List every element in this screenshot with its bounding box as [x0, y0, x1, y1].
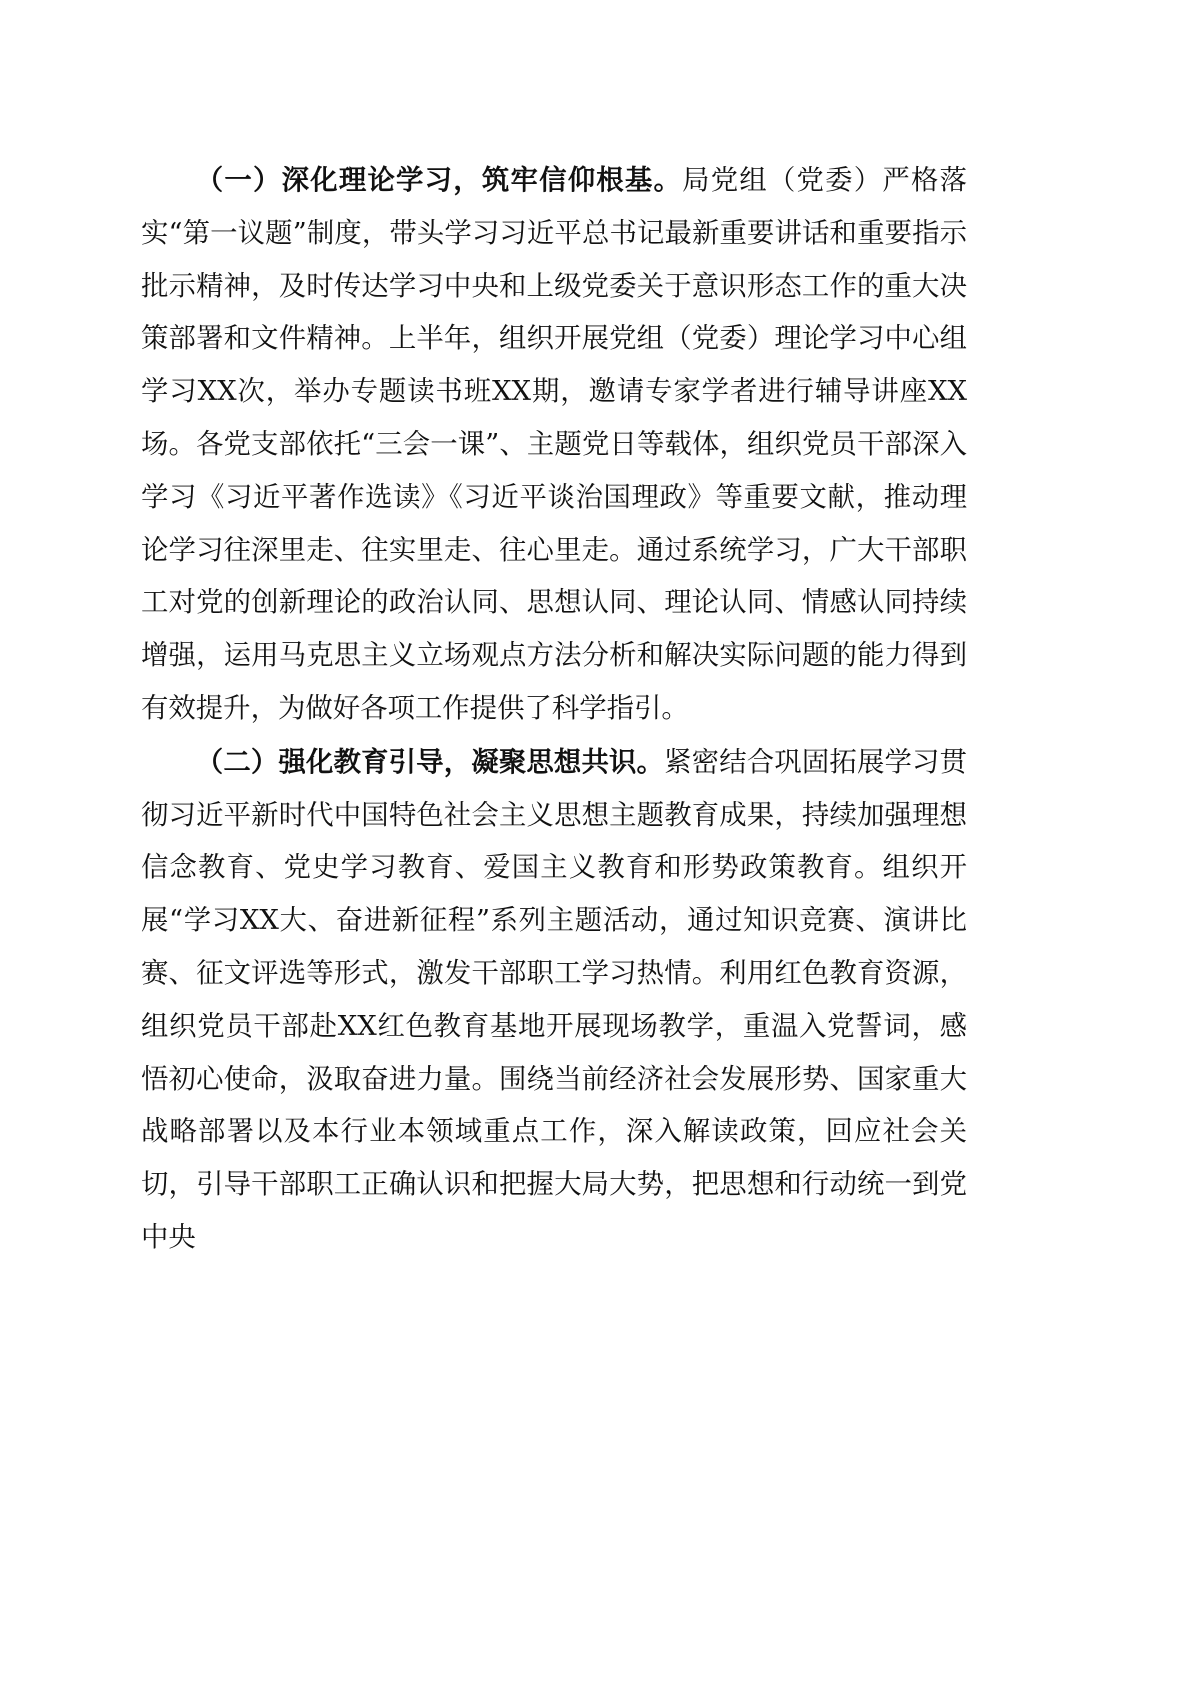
section-body-2: 紧密结合巩固拓展学习贯彻习近平新时代中国特色社会主义思想主题教育成果，持续加强理…	[141, 747, 967, 1253]
section-paragraph-1: （一）深化理论学习，筑牢信仰根基。局党组（党委）严格落实“第一议题”制度，带头学…	[141, 154, 967, 736]
document-page: （一）深化理论学习，筑牢信仰根基。局党组（党委）严格落实“第一议题”制度，带头学…	[141, 154, 967, 1265]
section-body-1: 局党组（党委）严格落实“第一议题”制度，带头学习习近平总书记最新重要讲话和重要指…	[141, 165, 967, 724]
section-heading-2: （二）强化教育引导，凝聚思想共识。	[196, 746, 664, 778]
section-paragraph-2: （二）强化教育引导，凝聚思想共识。紧密结合巩固拓展学习贯彻习近平新时代中国特色社…	[141, 736, 967, 1265]
section-heading-1: （一）深化理论学习，筑牢信仰根基。	[196, 164, 682, 196]
